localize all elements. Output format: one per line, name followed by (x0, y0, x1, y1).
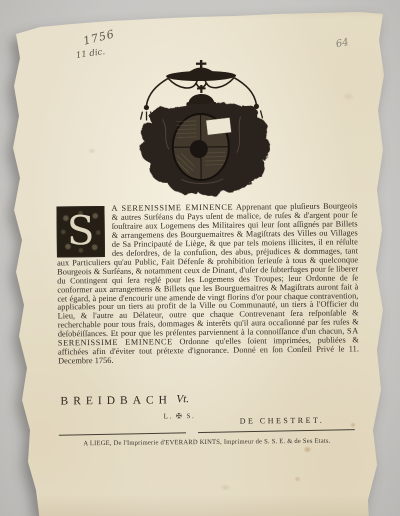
signature-de-chestret: DE CHESTRET. (240, 416, 325, 426)
coat-of-arms-icon (132, 58, 273, 197)
seal-mark: L. ✠ S. (164, 412, 196, 420)
printer-imprint: A LIEGE, De l'Imprimerie d'EVERARD KINTS… (57, 437, 357, 447)
printed-content: SA SERENISSIME EMINENCE Apprenant que pl… (0, 0, 400, 516)
ordinance-text: SA SERENISSIME EMINENCE Apprenant que pl… (56, 202, 359, 366)
photo-background: 1756 11 dic. 64 (0, 0, 400, 516)
drop-cap-initial: S (56, 206, 105, 257)
signature-breidbach: BREIDBACH (60, 394, 172, 407)
divider-rule (59, 429, 355, 436)
paper-surface: 1756 11 dic. 64 (0, 0, 400, 516)
signature-vidit-mark: Vt. (176, 393, 189, 405)
paper-sheet: 1756 11 dic. 64 (0, 0, 400, 516)
